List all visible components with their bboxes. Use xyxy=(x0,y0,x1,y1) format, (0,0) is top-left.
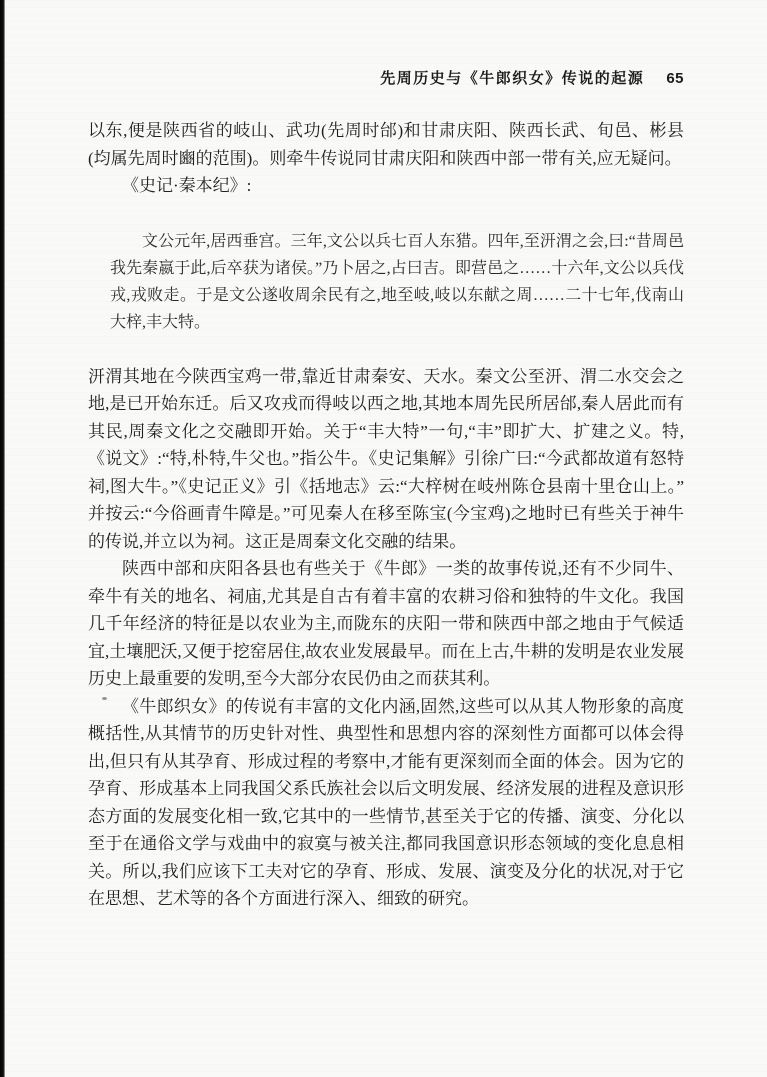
classical-block-quote: 文公元年,居西垂宫。三年,文公以兵七百人东猎。四年,至汧渭之会,曰:“昔周邑我先… xyxy=(110,228,684,336)
paragraph-conclusion: 《牛郎织女》的传说有丰富的文化内涵,固然,这些可以从其人物形象的高度概括性,从其… xyxy=(88,693,684,913)
paragraph-citation-lead: 《史记·秦本纪》: xyxy=(88,172,684,200)
page-body-text: 以东,便是陕西省的岐山、武功(先周时邰)和甘肃庆阳、陕西长武、旬邑、彬县(均属先… xyxy=(88,117,684,913)
paragraph-discussion: 汧渭其地在今陕西宝鸡一带,靠近甘肃秦安、天水。秦文公至汧、渭二水交会之地,是已开… xyxy=(88,363,684,556)
paragraph-intro-continuation: 以东,便是陕西省的岐山、武功(先周时邰)和甘肃庆阳、陕西长武、旬邑、彬县(均属先… xyxy=(88,117,684,172)
page-number: 65 xyxy=(666,68,684,90)
running-header: 先周历史与《牛郎织女》传说的起源65 xyxy=(88,68,684,90)
running-header-title: 先周历史与《牛郎织女》传说的起源 xyxy=(380,70,644,87)
pencil-dot-artifact xyxy=(102,697,107,700)
scanned-book-page: 先周历史与《牛郎织女》传说的起源65 以东,便是陕西省的岐山、武功(先周时邰)和… xyxy=(0,0,767,1077)
scan-binding-edge-artifact xyxy=(0,0,5,1077)
paragraph-regional-culture: 陕西中部和庆阳各县也有些关于《牛郎》一类的故事传说,还有不少同牛、牵牛有关的地名… xyxy=(88,555,684,693)
